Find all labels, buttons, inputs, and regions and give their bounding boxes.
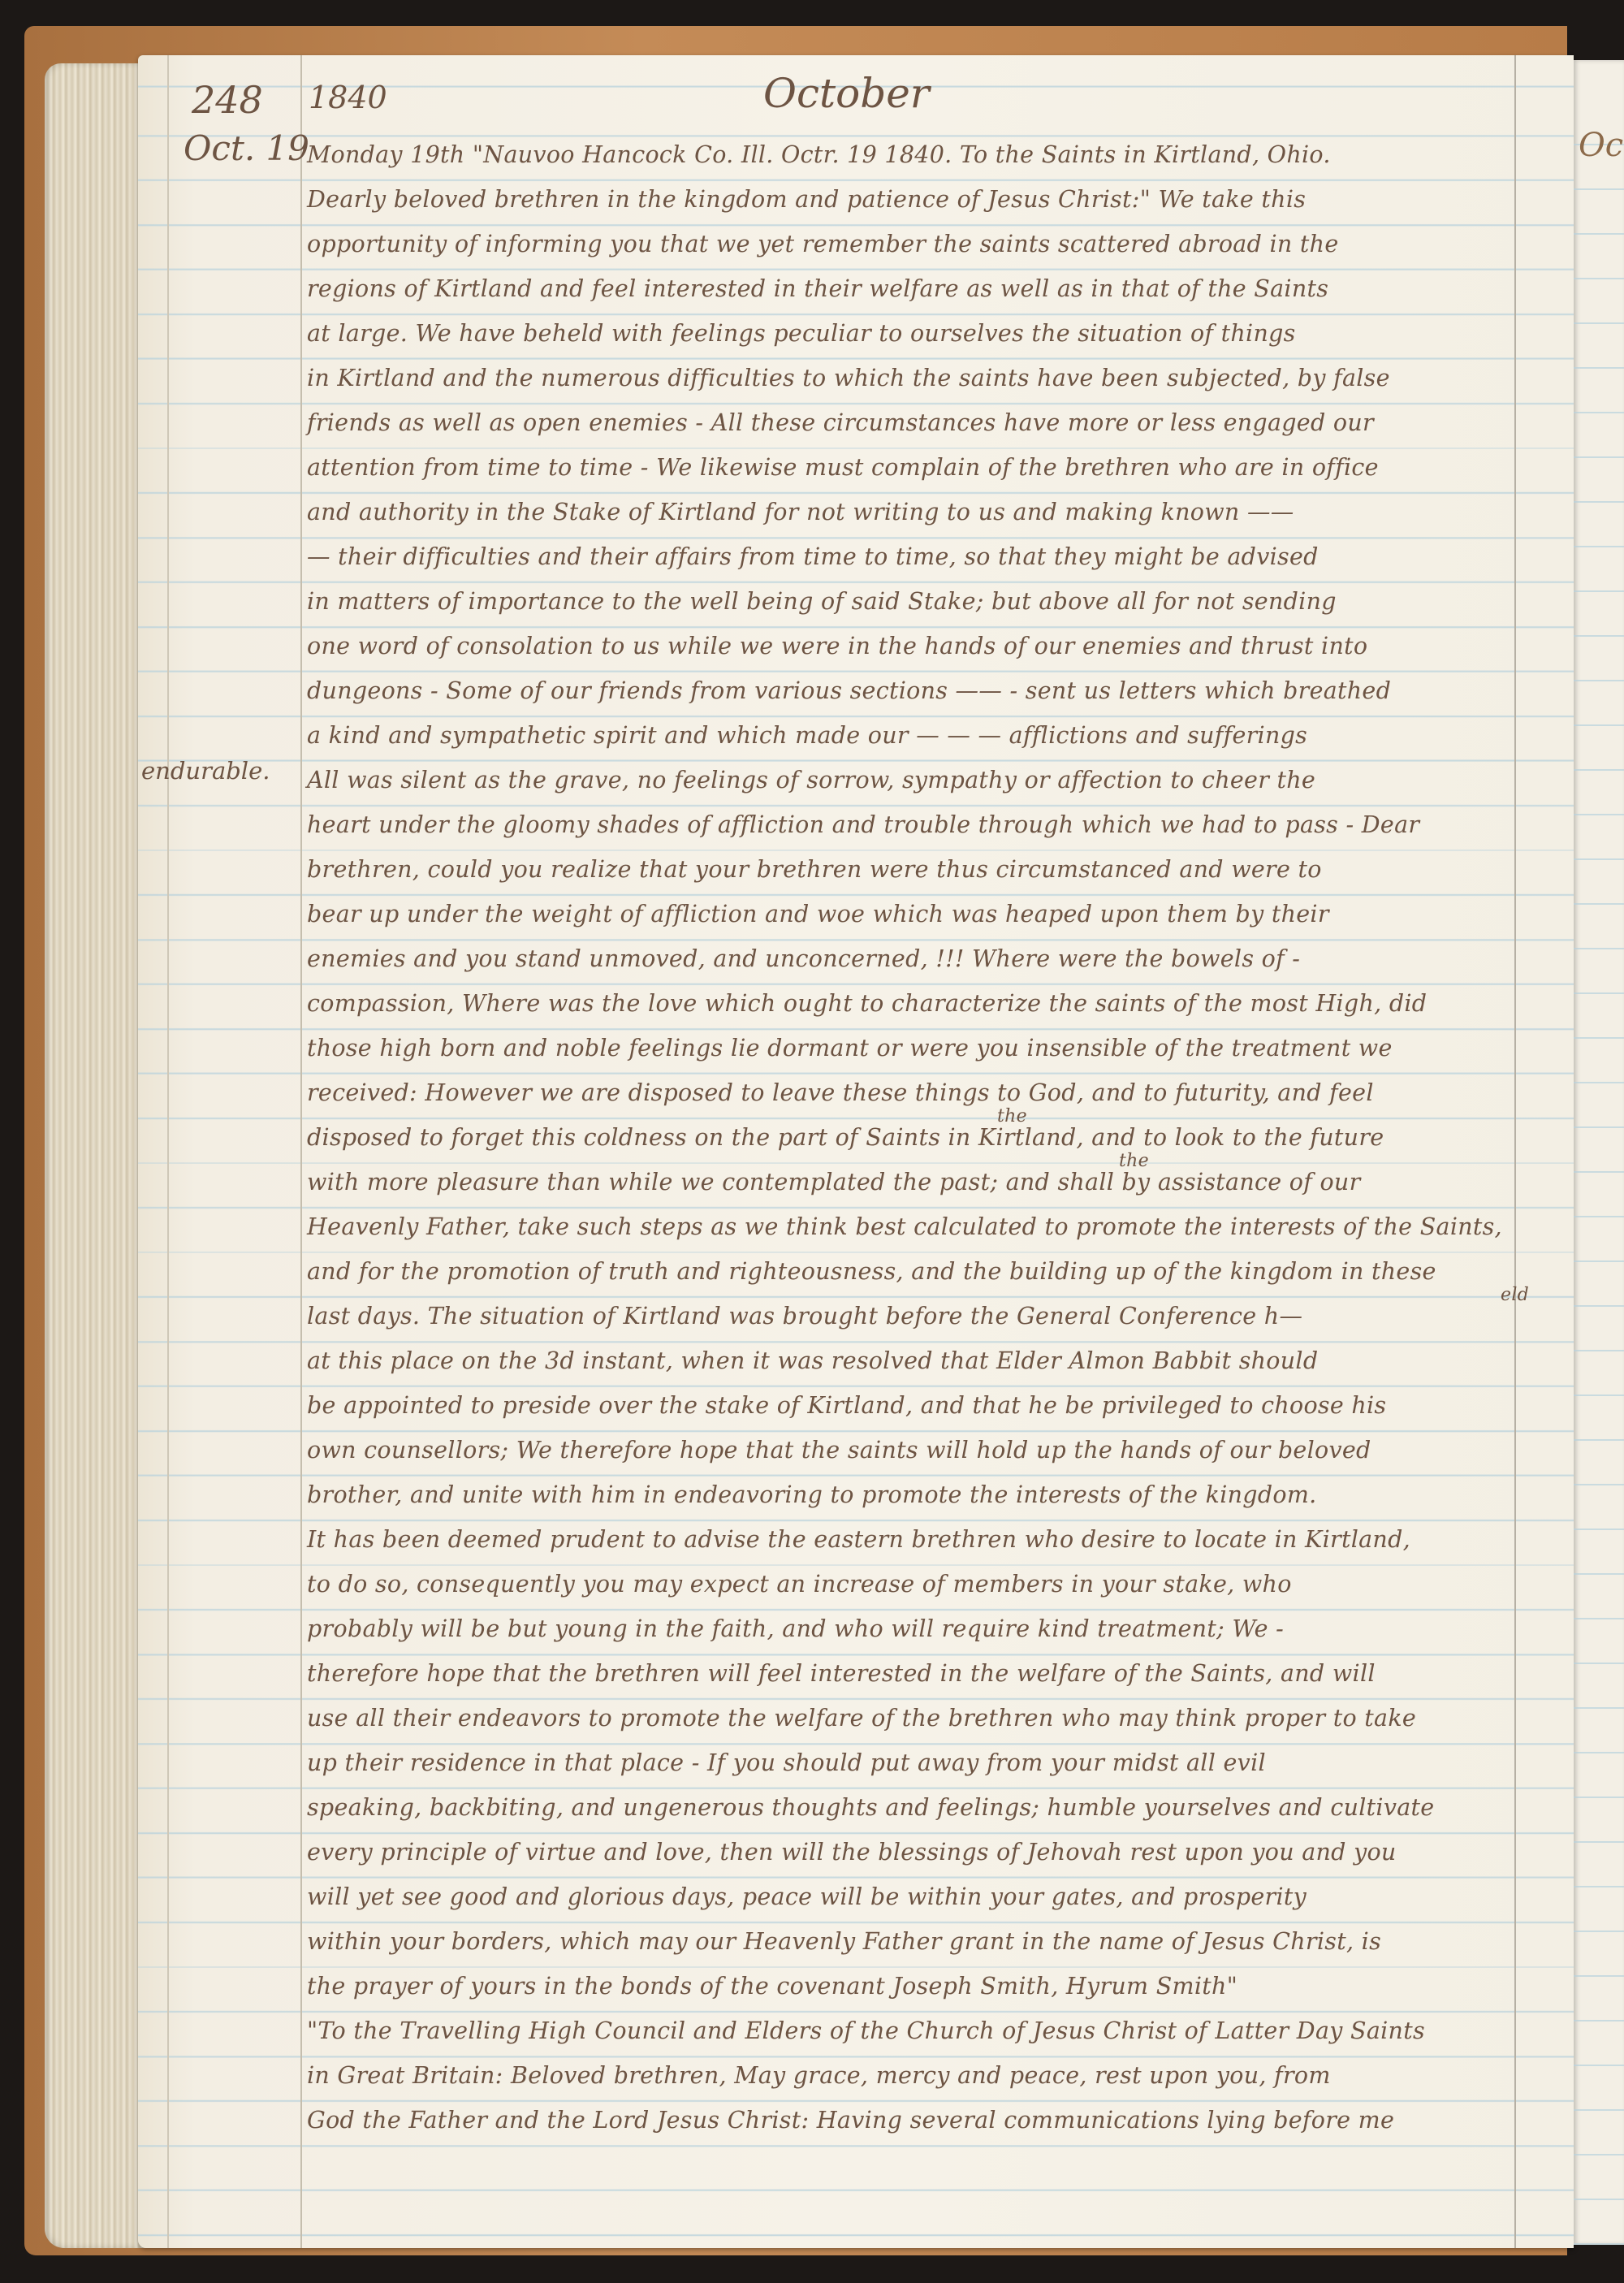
text-line: and authority in the Stake of Kirtland f… [307,490,1517,534]
text-line: Dearly beloved brethren in the kingdom a… [307,177,1517,222]
text-line: received: However we are disposed to lea… [307,1070,1517,1115]
manuscript-page: 248 Oct. 19 1840 October endurable. Mond… [138,55,1574,2248]
text-line: brethren, could you realize that your br… [307,847,1517,892]
adjacent-page-edge: Oc [1574,60,1624,2245]
text-line: opportunity of informing you that we yet… [307,222,1517,266]
text-line: Heavenly Father, take such steps as we t… [307,1204,1517,1249]
text-line: within your borders, which may our Heave… [307,1919,1517,1964]
margin-date: Oct. 19 [184,128,309,168]
text-line: — their difficulties and their affairs f… [307,534,1517,579]
text-line: use all their endeavors to promote the w… [307,1696,1517,1740]
text-line: heart under the gloomy shades of afflict… [307,802,1517,847]
text-line: attention from time to time - We likewis… [307,445,1517,490]
text-line: brother, and unite with him in endeavori… [307,1472,1517,1517]
text-line: bear up under the weight of affliction a… [307,892,1517,936]
text-line-with-insertion: eld last days. The situation of Kirtland… [307,1294,1517,1338]
interlinear-insertion: the [997,1094,1027,1139]
text-line: probably will be but young in the faith,… [307,1606,1517,1651]
text-line-with-insertion: the disposed to forget this coldness on … [307,1115,1517,1160]
text-line: in matters of importance to the well bei… [307,579,1517,624]
text-line: and for the promotion of truth and right… [307,1249,1517,1294]
text-line: be appointed to preside over the stake o… [307,1383,1517,1428]
text-line-content: with more pleasure than while we contemp… [307,1169,1361,1196]
text-line: dungeons - Some of our friends from vari… [307,668,1517,713]
text-line: God the Father and the Lord Jesus Christ… [307,2098,1517,2142]
text-line: one word of consolation to us while we w… [307,624,1517,668]
text-line: to do so, consequently you may expect an… [307,1562,1517,1606]
text-line: in Great Britain: Beloved brethren, May … [307,2053,1517,2098]
margin-note: endurable. [141,757,270,785]
adjacent-page-margin-date: Oc [1579,127,1623,164]
left-margin-rule [300,55,302,2248]
text-line: those high born and noble feelings lie d… [307,1026,1517,1070]
text-line: every principle of virtue and love, then… [307,1830,1517,1874]
text-line-content: last days. The situation of Kirtland was… [307,1303,1302,1330]
month-heading: October [763,70,930,117]
interlinear-insertion: eld [1501,1273,1529,1317]
interlinear-insertion: the [1119,1139,1149,1183]
text-line: speaking, backbiting, and ungenerous tho… [307,1785,1517,1830]
text-line: up their residence in that place - If yo… [307,1740,1517,1785]
text-line: in Kirtland and the numerous difficultie… [307,356,1517,400]
text-line: will yet see good and glorious days, pea… [307,1874,1517,1919]
page-number: 248 [192,78,263,122]
outer-margin-line [167,55,169,2248]
text-line: at this place on the 3d instant, when it… [307,1338,1517,1383]
text-line: Monday 19th "Nauvoo Hancock Co. Ill. Oct… [307,132,1517,177]
text-line-with-insertion: the with more pleasure than while we con… [307,1160,1517,1204]
year-heading: 1840 [309,80,387,115]
text-line: All was silent as the grave, no feelings… [307,758,1517,802]
text-line: the prayer of yours in the bonds of the … [307,1964,1517,2008]
text-line: a kind and sympathetic spirit and which … [307,713,1517,758]
text-line-content: disposed to forget this coldness on the … [307,1124,1384,1151]
journal-entry-text: Monday 19th "Nauvoo Hancock Co. Ill. Oct… [307,132,1517,2142]
text-line: regions of Kirtland and feel interested … [307,266,1517,311]
text-line: "To the Travelling High Council and Elde… [307,2008,1517,2053]
text-line: enemies and you stand unmoved, and uncon… [307,936,1517,981]
text-line: therefore hope that the brethren will fe… [307,1651,1517,1696]
text-line: It has been deemed prudent to advise the… [307,1517,1517,1562]
text-line: compassion, Where was the love which oug… [307,981,1517,1026]
text-line: own counsellors; We therefore hope that … [307,1428,1517,1472]
text-line: friends as well as open enemies - All th… [307,400,1517,445]
text-line: at large. We have beheld with feelings p… [307,311,1517,356]
